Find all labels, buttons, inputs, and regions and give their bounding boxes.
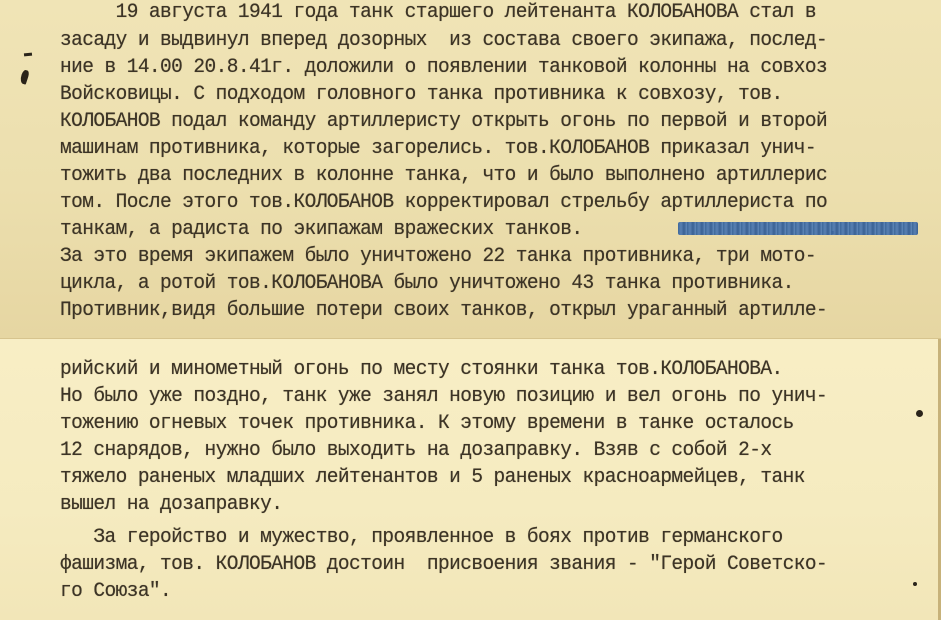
document-fragment-bottom: рийский и минометный огонь по месту стоя…: [0, 338, 941, 620]
text-line: рийский и минометный огонь по месту стоя…: [60, 358, 783, 381]
text-line: ние в 14.00 20.8.41г. доложили о появлен…: [60, 56, 827, 79]
document-fragment-top: 19 августа 1941 года танк старшего лейте…: [0, 0, 941, 338]
ink-mark: [916, 410, 923, 417]
text-line: цикла, а ротой тов.КОЛОБАНОВА было уничт…: [60, 272, 794, 295]
text-line: 12 снарядов, нужно было выходить на доза…: [60, 439, 771, 462]
text-line: За это время экипажем было уничтожено 22…: [60, 245, 816, 268]
text-line: КОЛОБАНОВ подал команду артиллеристу отк…: [60, 110, 827, 133]
text-line: тожить два последних в колонне танка, чт…: [60, 164, 827, 187]
scanned-document: 19 августа 1941 года танк старшего лейте…: [0, 0, 941, 620]
text-line: том. После этого тов.КОЛОБАНОВ корректир…: [60, 191, 827, 214]
text-line: тяжело раненых младших лейтенантов и 5 р…: [60, 466, 805, 489]
ink-mark: [24, 53, 32, 57]
text-line: фашизма, тов. КОЛОБАНОВ достоин присвоен…: [60, 553, 827, 576]
ink-mark: [913, 582, 917, 586]
text-line: машинам противника, которые загорелись. …: [60, 137, 816, 160]
text-line: вышел на дозаправку.: [60, 493, 282, 516]
text-line: Но было уже поздно, танк уже занял новую…: [60, 385, 827, 408]
text-line: тожению огневых точек противника. К этом…: [60, 412, 794, 435]
text-line: За геройство и мужество, проявленное в б…: [60, 526, 783, 549]
text-line: 19 августа 1941 года танк старшего лейте…: [60, 1, 816, 24]
text-line: го Союза".: [60, 580, 171, 603]
text-line: засаду и выдвинул вперед дозорных из сос…: [60, 29, 827, 52]
ink-mark: [19, 69, 30, 84]
text-line: Противник,видя большие потери своих танк…: [60, 299, 827, 322]
text-line: Войсковицы. С подходом головного танка п…: [60, 83, 783, 106]
redaction-scribble: [678, 222, 918, 235]
